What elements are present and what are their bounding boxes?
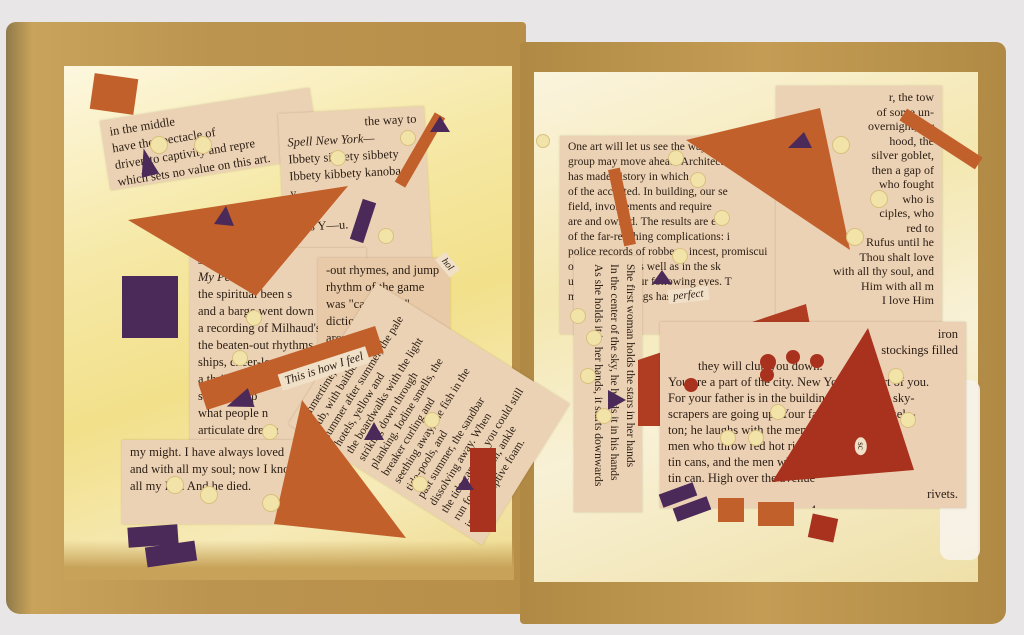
purple-paper-triangle bbox=[364, 422, 384, 440]
punched-hole bbox=[846, 228, 864, 246]
orange-paper-triangle bbox=[684, 104, 854, 254]
purple-paper-rectangle bbox=[122, 276, 178, 338]
punched-hole bbox=[900, 412, 916, 428]
punched-hole bbox=[672, 248, 688, 264]
punched-hole bbox=[150, 136, 168, 154]
collage-word-label: sc bbox=[855, 437, 867, 455]
punched-hole bbox=[262, 494, 280, 512]
punched-hole bbox=[412, 476, 428, 492]
punched-hole bbox=[570, 308, 586, 324]
orange-paper-square bbox=[718, 498, 744, 522]
red-paper-dot bbox=[684, 378, 698, 392]
red-paper-dot bbox=[810, 354, 824, 368]
punched-hole bbox=[536, 134, 550, 148]
red-paper-strip bbox=[470, 448, 496, 532]
punched-hole bbox=[262, 424, 278, 440]
punched-hole bbox=[232, 350, 248, 366]
orange-paper-triangle bbox=[272, 398, 412, 544]
purple-paper-triangle bbox=[608, 390, 626, 410]
punched-hole bbox=[714, 210, 730, 226]
punched-hole bbox=[330, 150, 346, 166]
punched-hole bbox=[596, 408, 612, 424]
purple-paper-triangle bbox=[430, 116, 450, 132]
punched-hole bbox=[424, 412, 440, 428]
punched-hole bbox=[400, 130, 416, 146]
punched-hole bbox=[668, 150, 684, 166]
punched-hole bbox=[200, 486, 218, 504]
punched-hole bbox=[194, 136, 212, 154]
orange-paper-square bbox=[758, 502, 794, 526]
punched-hole bbox=[378, 228, 394, 244]
punched-hole bbox=[246, 310, 262, 326]
punched-hole bbox=[720, 430, 736, 446]
punched-hole bbox=[770, 404, 786, 420]
punched-hole bbox=[832, 136, 850, 154]
punched-hole bbox=[580, 368, 596, 384]
orange-paper-square bbox=[90, 73, 139, 115]
punched-hole bbox=[690, 172, 706, 188]
punched-hole bbox=[748, 430, 764, 446]
punched-hole bbox=[586, 330, 602, 346]
punched-hole bbox=[870, 190, 888, 208]
punched-hole bbox=[888, 368, 904, 384]
red-paper-square bbox=[808, 514, 838, 543]
purple-paper-triangle bbox=[652, 270, 672, 284]
red-paper-dot bbox=[760, 368, 774, 382]
purple-paper-triangle bbox=[456, 476, 474, 490]
punched-hole bbox=[166, 476, 184, 494]
book-scrap-holds-the-stars: She first woman holds the stars in her h… bbox=[574, 256, 642, 512]
red-paper-dot bbox=[786, 350, 800, 364]
